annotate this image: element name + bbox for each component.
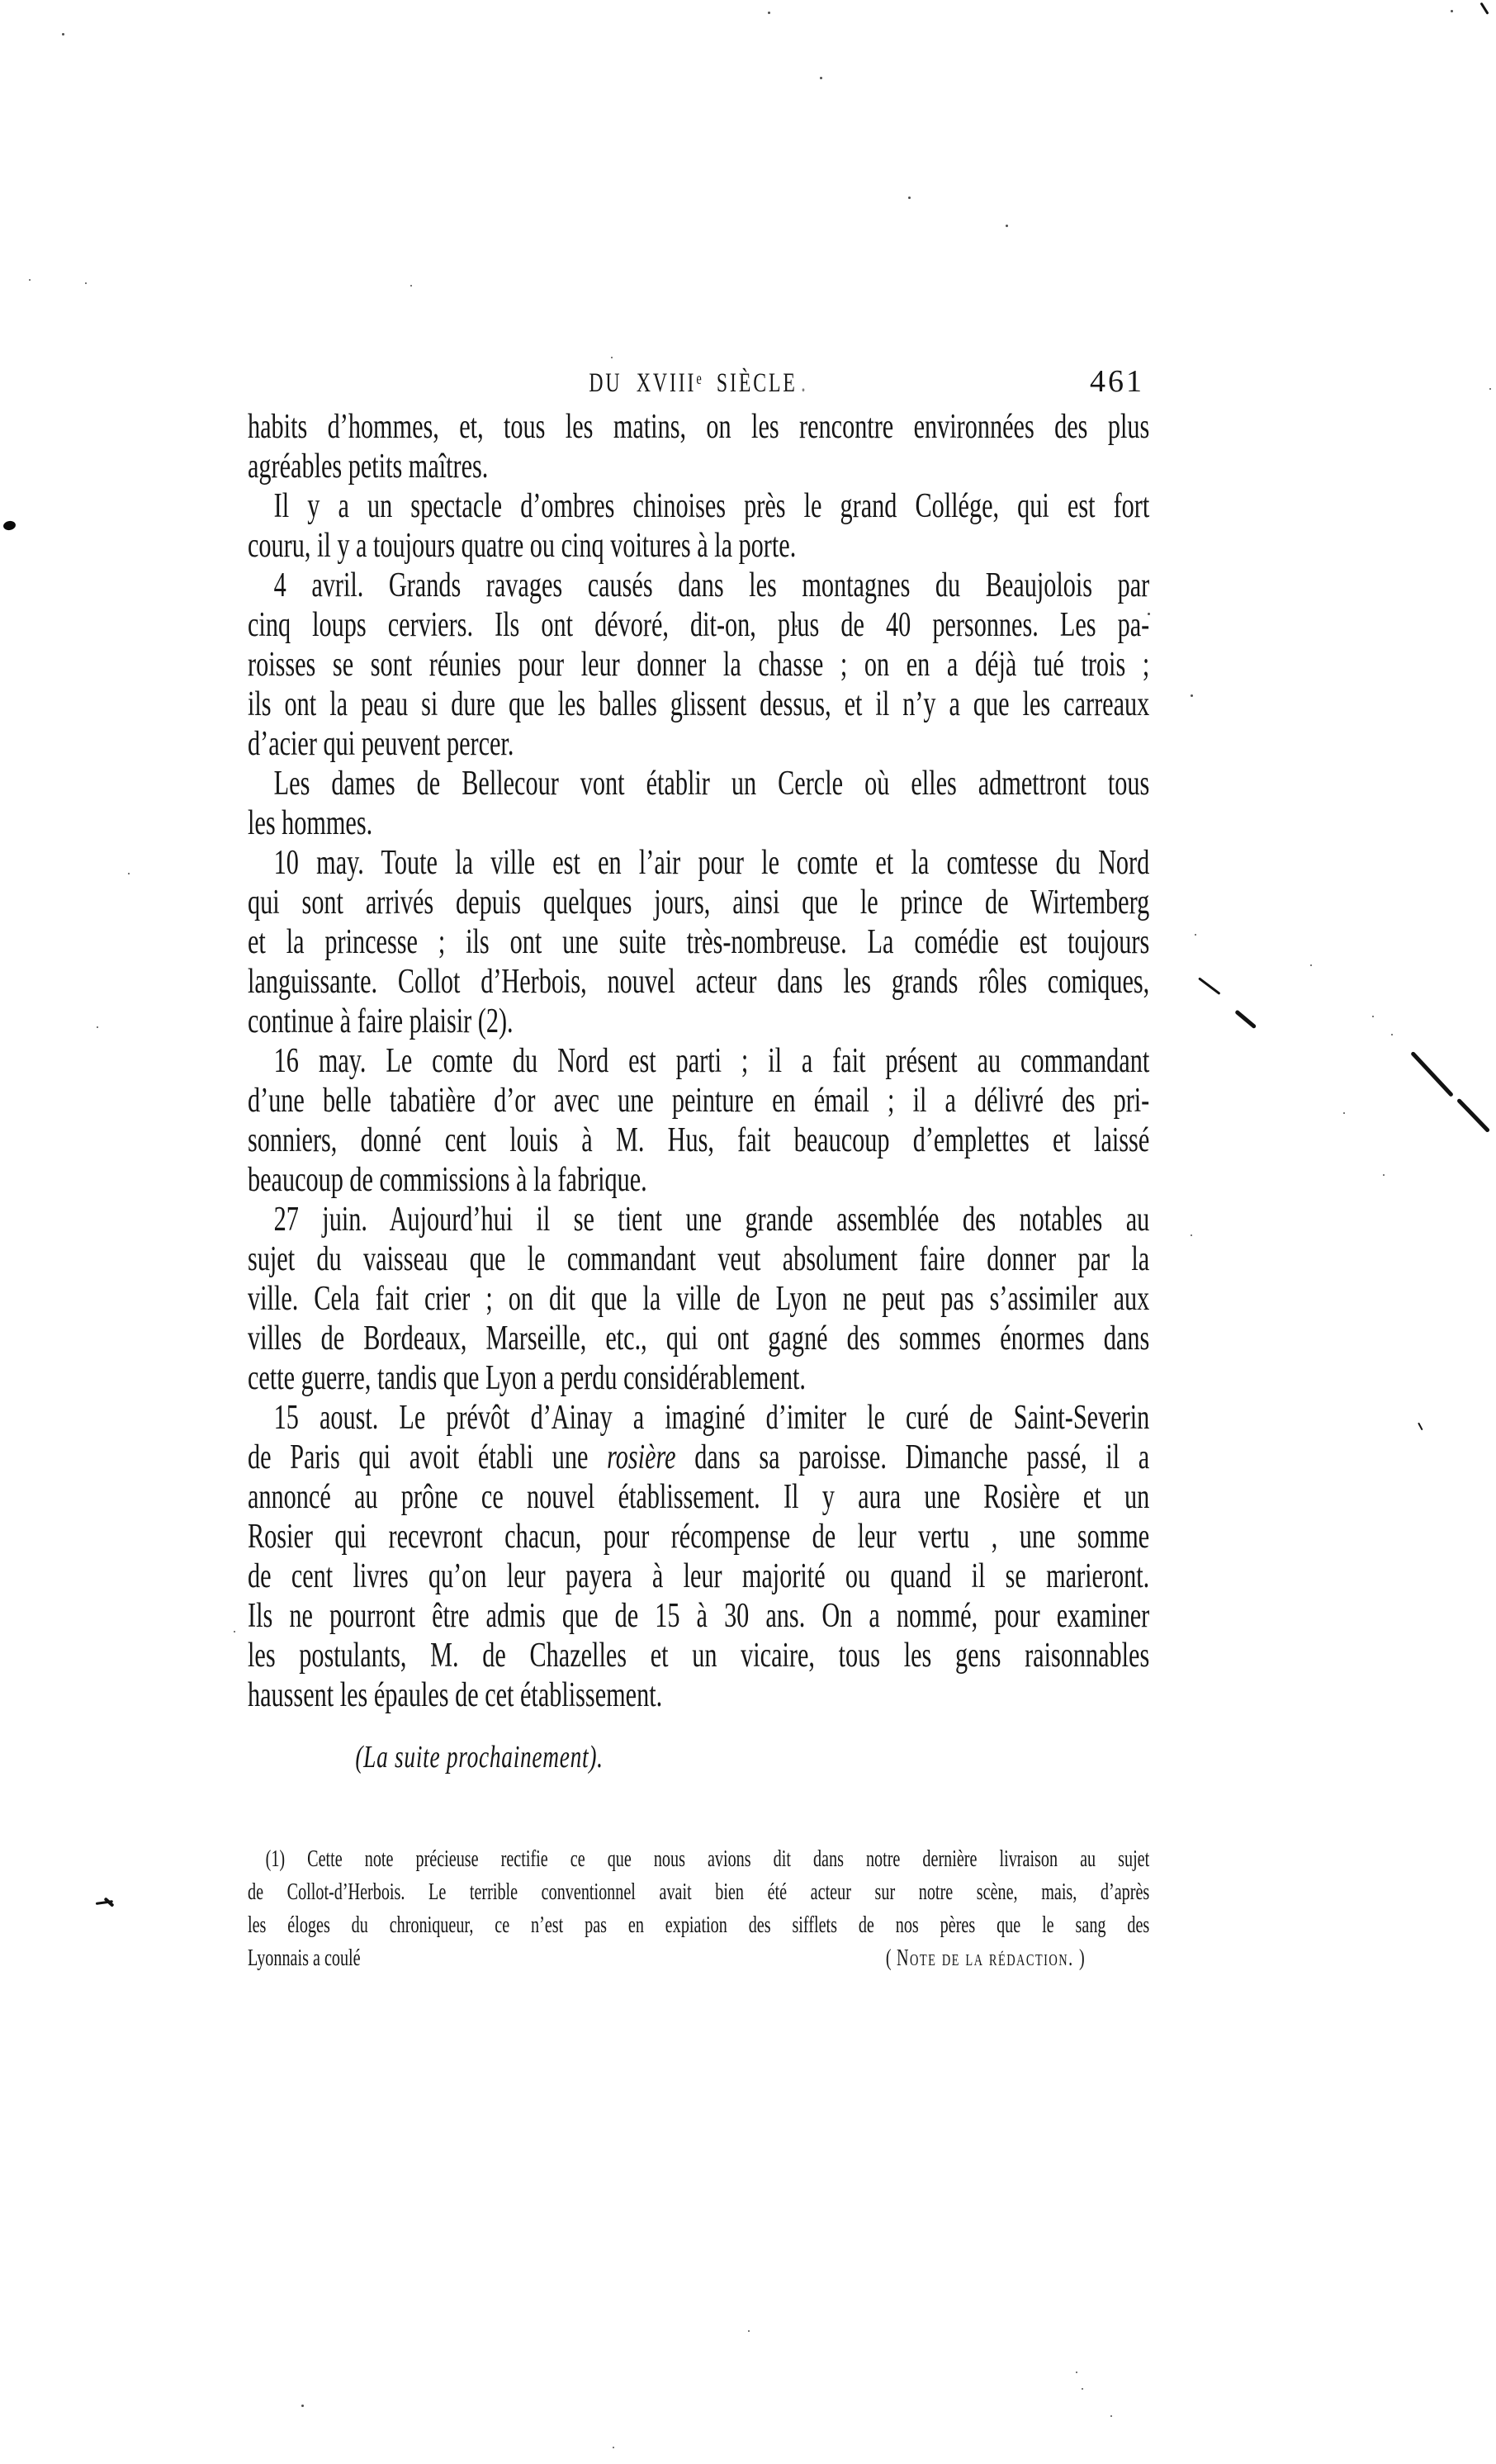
- noise-speck: [97, 1026, 98, 1028]
- body-text-line: cette guerre, tandis que Lyon a perdu co…: [248, 1358, 1149, 1398]
- ink-blob: [2, 520, 17, 531]
- body-text-line: de Paris qui avoit établi une rosière da…: [248, 1438, 1149, 1477]
- redaction-open-paren: (: [880, 1945, 897, 1971]
- body-text-block: habits d’hommes, et, tous les matins, on…: [248, 407, 1149, 1715]
- closing-line: (La suite prochainement).: [248, 1739, 1149, 1775]
- margin-pen-stroke-2: [1235, 1010, 1257, 1029]
- footnote-last-text: Lyonnais a coulé: [248, 1942, 361, 1975]
- noise-speck: [637, 661, 639, 662]
- body-text-line: 15 aoust. Le prévôt d’Ainay a imaginé d’…: [248, 1398, 1149, 1438]
- header-title-superscript: e: [696, 370, 702, 388]
- noise-speck: [1082, 2388, 1083, 2390]
- body-text-line: couru, il y a toujours quatre ou cinq vo…: [248, 526, 1149, 566]
- body-text-line: 4 avril. Grands ravages causés dans les …: [248, 566, 1149, 605]
- redaction-note-text: Note de la rédaction.: [897, 1945, 1074, 1971]
- running-header-title: DU XVIIIe SIÈCLE.: [248, 368, 1149, 399]
- body-text-line: les hommes.: [248, 803, 1149, 843]
- body-text-line: ils ont la peau si dure que les balles g…: [248, 685, 1149, 724]
- noise-speck: [1076, 2372, 1077, 2373]
- body-text-line: roisses se sont réunies pour leur donner…: [248, 645, 1149, 685]
- body-text-line: cinq loups cerviers. Ils ont dévoré, dit…: [248, 605, 1149, 645]
- noise-speck: [1391, 1034, 1393, 1035]
- body-text-line: Rosier qui recevront chacun, pour récomp…: [248, 1517, 1149, 1557]
- footnote-text-line: (1) Cette note précieuse rectifie ce que…: [248, 1843, 1149, 1876]
- body-text-line: habits d’hommes, et, tous les matins, on…: [248, 407, 1149, 447]
- noise-speck: [1006, 225, 1008, 227]
- body-text-line: d’acier qui peuvent percer.: [248, 724, 1149, 764]
- noise-speck: [611, 357, 613, 358]
- footnote-lines: (1) Cette note précieuse rectifie ce que…: [248, 1843, 1149, 1942]
- noise-speck: [128, 873, 130, 874]
- body-text-line: d’une belle tabatière d’or avec une pein…: [248, 1081, 1149, 1121]
- noise-speck: [1383, 1174, 1385, 1176]
- body-text-line: villes de Bordeaux, Marseille, etc., qui…: [248, 1319, 1149, 1358]
- body-text-line: qui sont arrivés depuis quelques jours, …: [248, 883, 1149, 922]
- noise-speck: [301, 2405, 304, 2407]
- body-text-line: ville. Cela fait crier ; on dit que la v…: [248, 1279, 1149, 1319]
- noise-speck: [795, 625, 798, 628]
- margin-pen-tick-small: [1418, 1423, 1423, 1431]
- noise-speck: [29, 279, 31, 281]
- body-text-line: Les dames de Bellecour vont établir un C…: [248, 764, 1149, 803]
- body-text-line: annoncé au prône ce nouvel établissement…: [248, 1477, 1149, 1517]
- body-text-line: sonniers, donné cent louis à M. Hus, fai…: [248, 1121, 1149, 1160]
- body-text-line: languissante. Collot d’Herbois, nouvel a…: [248, 962, 1149, 1002]
- noise-speck: [1489, 388, 1491, 390]
- noise-speck: [1343, 1112, 1345, 1114]
- noise-speck: [85, 282, 87, 284]
- noise-speck: [1310, 964, 1312, 966]
- noise-speck: [410, 285, 412, 287]
- body-text-line: et la princesse ; ils ont une suite très…: [248, 922, 1149, 962]
- noise-speck: [768, 12, 770, 14]
- margin-pen-stroke-1: [1198, 977, 1220, 995]
- noise-speck: [1372, 1016, 1374, 1017]
- scanned-book-page: DU XVIIIe SIÈCLE. 461 habits d’hommes, e…: [0, 0, 1496, 2464]
- margin-pen-stroke-4: [1456, 1098, 1490, 1133]
- redaction-note: (Note de la rédaction.): [880, 1942, 1090, 1975]
- noise-speck: [908, 197, 911, 199]
- redaction-close-paren: ): [1074, 1945, 1091, 1971]
- footnote-last-line: Lyonnais a coulé (Note de la rédaction.): [248, 1942, 1149, 1975]
- body-text-line: de cent livres qu’on leur payera à leur …: [248, 1557, 1149, 1596]
- body-text-line: 27 juin. Aujourd’hui il se tient une gra…: [248, 1200, 1149, 1239]
- noise-speck: [820, 77, 822, 79]
- footnote-block: (1) Cette note précieuse rectifie ce que…: [248, 1843, 1149, 1975]
- footnote-text-line: les éloges du chroniqueur, ce n’est pas …: [248, 1909, 1149, 1942]
- body-text-line: haussent les épaules de cet établissemen…: [248, 1675, 1149, 1715]
- noise-speck: [1191, 694, 1193, 697]
- page-number: 461: [1090, 363, 1144, 400]
- body-text-line: Ils ne pourront être admis que de 15 à 3…: [248, 1596, 1149, 1636]
- closing-line-text: (La suite prochainement).: [355, 1740, 603, 1775]
- margin-pen-stroke-3: [1410, 1051, 1454, 1097]
- noise-speck: [62, 33, 64, 36]
- body-text-line: agréables petits maîtres.: [248, 447, 1149, 486]
- noise-speck: [1148, 613, 1150, 615]
- corner-pen-tick: [1480, 2, 1489, 15]
- header-title-tail: SIÈCLE: [702, 368, 797, 398]
- body-text-line: 10 may. Toute la ville est en l’air pour…: [248, 843, 1149, 883]
- body-text-line: beaucoup de commissions à la fabrique.: [248, 1160, 1149, 1200]
- body-text-line: les postulants, M. de Chazelles et un vi…: [248, 1636, 1149, 1675]
- body-text-line: 16 may. Le comte du Nord est parti ; il …: [248, 1041, 1149, 1081]
- body-text-line: continue à faire plaisir (2).: [248, 1002, 1149, 1041]
- noise-speck: [941, 429, 943, 430]
- footnote-text-line: de Collot-d’Herbois. Le terrible convent…: [248, 1876, 1149, 1909]
- header-title-main: DU XVIII: [589, 368, 696, 398]
- body-text-line: Il y a un spectacle d’ombres chinoises p…: [248, 486, 1149, 526]
- body-text-line: sujet du vaisseau que le commandant veut…: [248, 1239, 1149, 1279]
- noise-speck: [234, 1631, 235, 1632]
- noise-speck: [748, 2330, 750, 2332]
- noise-speck: [1110, 2415, 1112, 2417]
- noise-speck: [1195, 934, 1196, 936]
- noise-speck: [1191, 1234, 1192, 1236]
- noise-speck: [613, 2447, 614, 2448]
- header-title-punct: .: [801, 368, 808, 398]
- noise-speck: [1451, 10, 1453, 12]
